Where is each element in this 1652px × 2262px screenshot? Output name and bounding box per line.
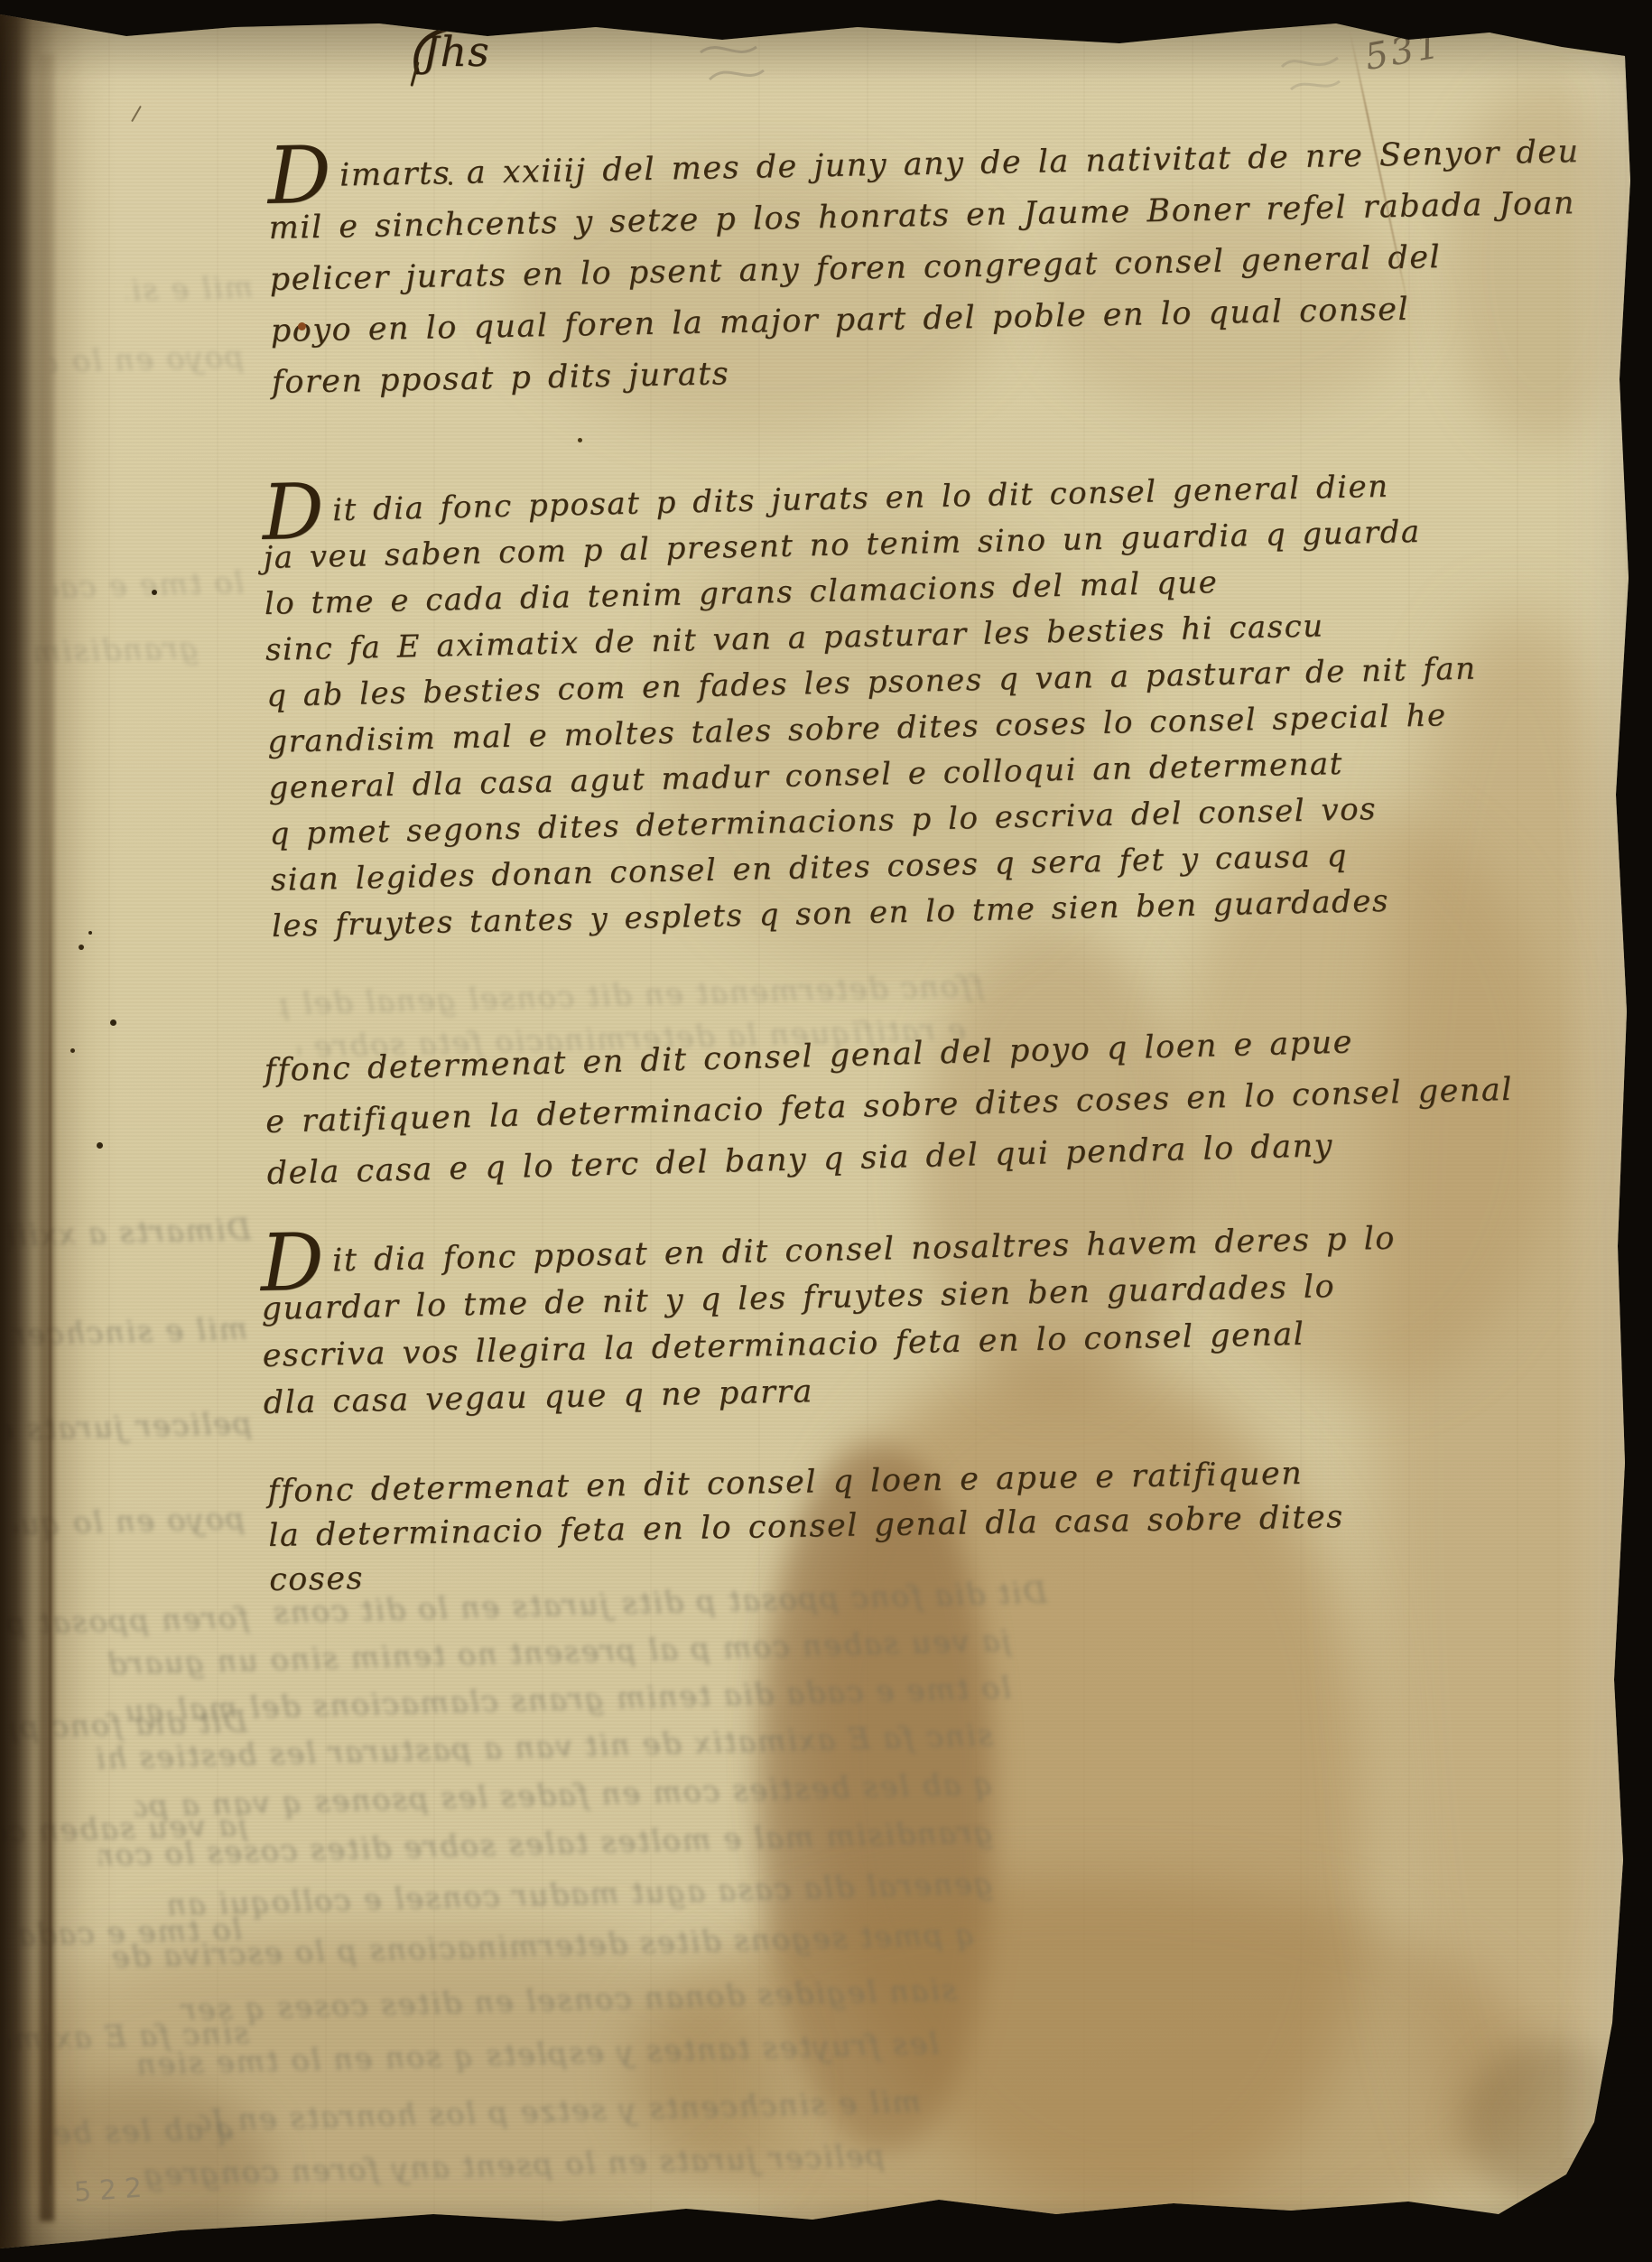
page-vignette (0, 0, 1652, 2262)
manuscript-page: mil e sinchcents y setze p los honrats e… (0, 0, 1652, 2262)
manuscript-scan: mil e sinchcents y setze p los honrats e… (0, 0, 1652, 2262)
